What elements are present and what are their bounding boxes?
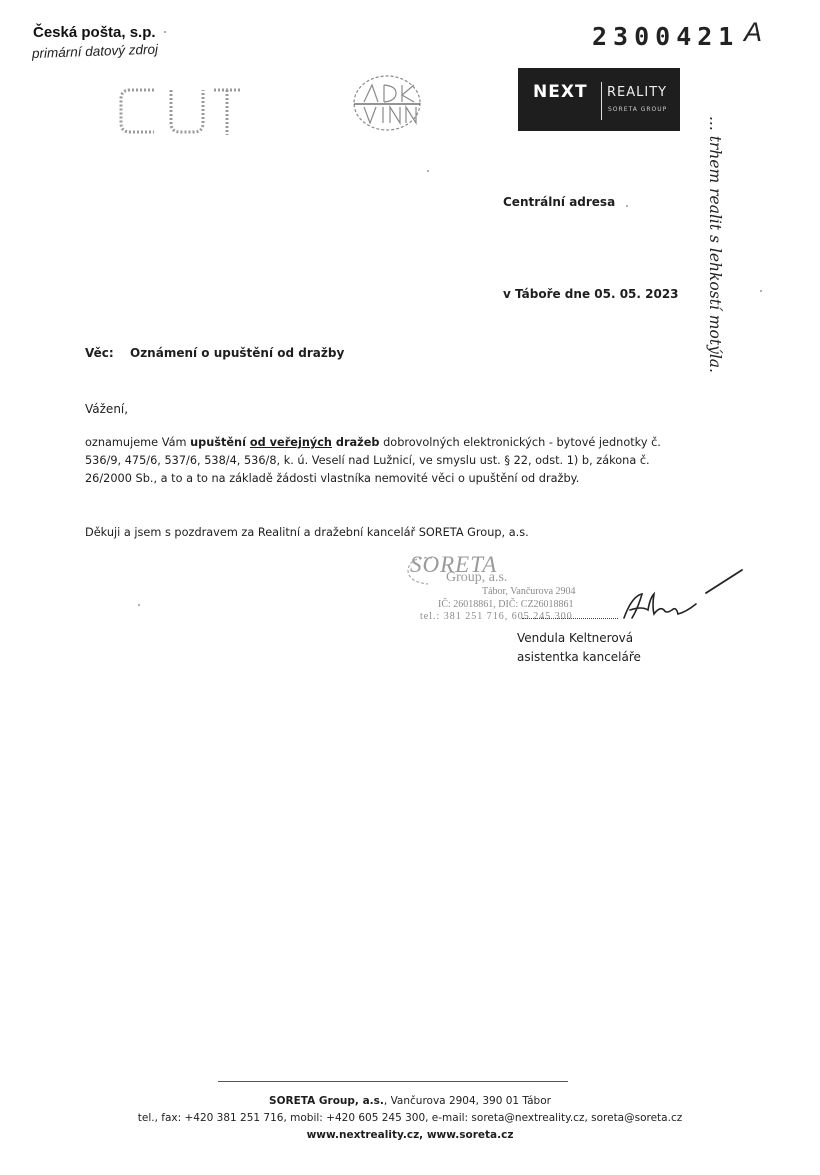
- next-reality-logo: NEXT REALITY SORETA GROUP: [518, 68, 680, 131]
- subject-label: Věc:: [85, 346, 114, 360]
- letter-paragraph: oznamujeme Vám upuštění od veřejných dra…: [85, 434, 685, 488]
- greeting: Vážení,: [85, 402, 128, 416]
- signature-icon: [620, 588, 700, 628]
- closing-line: Děkuji a jsem s pozdravem za Realitní a …: [85, 526, 529, 539]
- next-brand-text: NEXT: [533, 82, 588, 102]
- place-date: v Táboře dne 05. 05. 2023: [503, 287, 679, 301]
- soreta-group-text: SORETA GROUP: [608, 106, 667, 113]
- cut-logo-icon: [116, 85, 241, 137]
- sender-name: Česká pošta, s.p.: [33, 24, 156, 41]
- side-slogan: ... trhem realit s lehkostí motýla.: [706, 116, 724, 366]
- footer-company: SORETA Group, a.s.: [269, 1095, 384, 1107]
- footer-contacts: tel., fax: +420 381 251 716, mobil: +420…: [0, 1112, 820, 1124]
- recipient-address: Centrální adresa: [503, 195, 615, 209]
- paragraph-bold-underlined: od veřejných: [250, 436, 332, 449]
- adk-logo-icon: [350, 73, 424, 133]
- footer-company-address: SORETA Group, a.s., Vančurova 2904, 390 …: [0, 1095, 820, 1107]
- footer-divider: [218, 1081, 568, 1082]
- reality-text: REALITY: [607, 85, 667, 100]
- stamp-group-text: Group, a.s.: [446, 570, 507, 586]
- signer-name: Vendula Keltnerová: [517, 631, 633, 645]
- paragraph-bold-1: upuštění: [190, 436, 250, 449]
- company-stamp: SORETA Group, a.s. Tábor, Vančurova 2904…: [402, 552, 632, 632]
- logo-divider: [601, 82, 602, 120]
- stamp-address: Tábor, Vančurova 2904: [482, 586, 576, 597]
- sender-note: primární datový zdroj: [32, 42, 159, 61]
- document-number-suffix: A: [744, 17, 762, 48]
- pen-mark-icon: [702, 567, 747, 597]
- stamp-ids: IČ: 26018861, DIČ: CZ26018861: [438, 599, 574, 610]
- stamp-phone: tel.: 381 251 716, 605 245 300: [420, 611, 573, 622]
- footer-address: , Vančurova 2904, 390 01 Tábor: [384, 1095, 551, 1107]
- signer-role: asistentka kanceláře: [517, 650, 641, 664]
- subject-text: Oznámení o upuštění od dražby: [130, 346, 344, 360]
- signature-dotted-line: [522, 618, 618, 619]
- document-number: 2300421: [592, 22, 739, 51]
- paragraph-bold-2: dražeb: [332, 436, 380, 449]
- paragraph-intro: oznamujeme Vám: [85, 436, 190, 449]
- footer-websites: www.nextreality.cz, www.soreta.cz: [0, 1129, 820, 1141]
